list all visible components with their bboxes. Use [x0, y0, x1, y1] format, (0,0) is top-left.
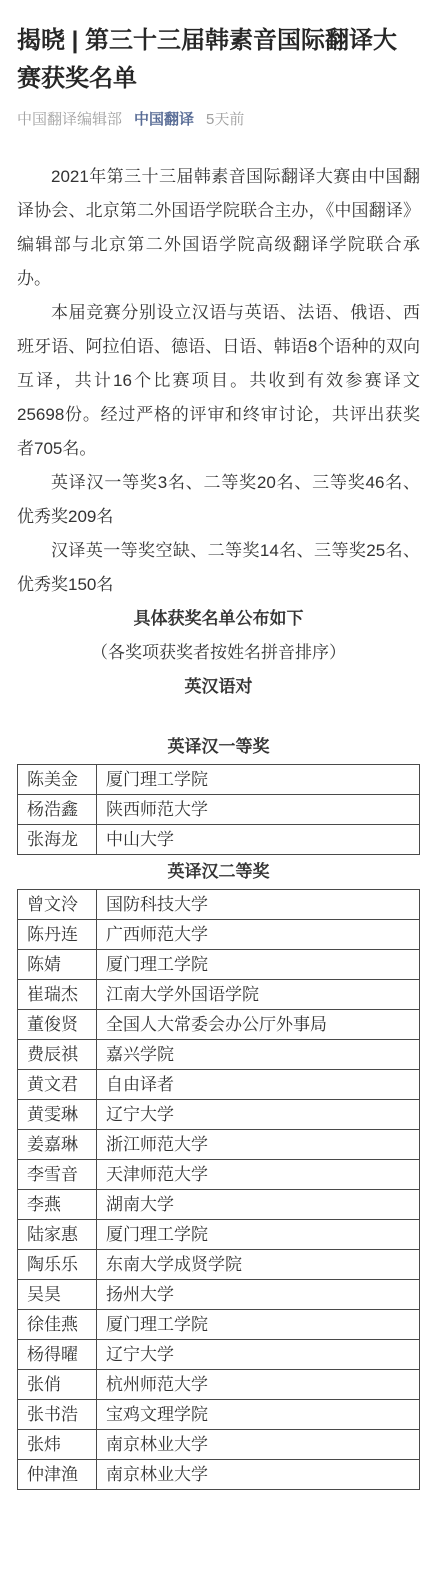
winner-name-cell: 张海龙 — [18, 825, 97, 855]
winner-school-cell: 国防科技大学 — [97, 890, 420, 920]
winner-name-cell: 黄文君 — [18, 1070, 97, 1100]
winner-school-cell: 浙江师范大学 — [97, 1130, 420, 1160]
winner-school-cell: 厦门理工学院 — [97, 1220, 420, 1250]
article-body: 2021年第三十三届韩素音国际翻译大赛由中国翻译协会、北京第二外国语学院联合主办… — [17, 160, 420, 1490]
winner-name-cell: 崔瑞杰 — [18, 980, 97, 1010]
table-row: 陈美金厦门理工学院 — [18, 765, 420, 795]
table-row: 费辰祺嘉兴学院 — [18, 1040, 420, 1070]
table-row: 曾文泠国防科技大学 — [18, 890, 420, 920]
winner-name-cell: 姜嘉琳 — [18, 1130, 97, 1160]
byline: 中国翻译编辑部中国翻译5天前 — [17, 110, 420, 130]
winner-school-cell: 辽宁大学 — [97, 1100, 420, 1130]
winner-school-cell: 湖南大学 — [97, 1190, 420, 1220]
winner-name-cell: 吴昊 — [18, 1280, 97, 1310]
winner-name-cell: 黄雯琳 — [18, 1100, 97, 1130]
winner-school-cell: 广西师范大学 — [97, 920, 420, 950]
byline-editor: 中国翻译编辑部 — [17, 111, 122, 128]
table-row: 张俏杭州师范大学 — [18, 1370, 420, 1400]
byline-timestamp: 5天前 — [206, 111, 244, 128]
winner-name-cell: 陈丹连 — [18, 920, 97, 950]
announce-heading: 具体获奖名单公布如下 — [17, 602, 420, 636]
article-page: 揭晓 | 第三十三届韩素音国际翻译大赛获奖名单 中国翻译编辑部中国翻译5天前 2… — [0, 0, 437, 1500]
byline-account-link[interactable]: 中国翻译 — [134, 111, 194, 128]
winner-name-cell: 张书浩 — [18, 1400, 97, 1430]
table-row: 张炜南京林业大学 — [18, 1430, 420, 1460]
winner-school-cell: 杭州师范大学 — [97, 1370, 420, 1400]
table-row: 徐佳燕厦门理工学院 — [18, 1310, 420, 1340]
section-heading-en-zh-pair: 英汉语对 — [17, 670, 420, 704]
table-row: 杨得曜辽宁大学 — [18, 1340, 420, 1370]
winner-school-cell: 扬州大学 — [97, 1280, 420, 1310]
table-row: 李雪音天津师范大学 — [18, 1160, 420, 1190]
announce-note: （各奖项获奖者按姓名拼音排序） — [17, 636, 420, 670]
winner-school-cell: 南京林业大学 — [97, 1430, 420, 1460]
winner-name-cell: 曾文泠 — [18, 890, 97, 920]
winner-school-cell: 全国人大常委会办公厅外事局 — [97, 1010, 420, 1040]
table-row: 吴昊扬州大学 — [18, 1280, 420, 1310]
winner-school-cell: 嘉兴学院 — [97, 1040, 420, 1070]
winner-school-cell: 宝鸡文理学院 — [97, 1400, 420, 1430]
award-table-heading: 英译汉二等奖 — [17, 855, 420, 889]
winner-school-cell: 陕西师范大学 — [97, 795, 420, 825]
winner-name-cell: 陶乐乐 — [18, 1250, 97, 1280]
table-row: 陆家惠厦门理工学院 — [18, 1220, 420, 1250]
winner-school-cell: 中山大学 — [97, 825, 420, 855]
winner-school-cell: 南京林业大学 — [97, 1460, 420, 1490]
award-table: 陈美金厦门理工学院杨浩鑫陕西师范大学张海龙中山大学 — [17, 764, 420, 855]
winner-school-cell: 辽宁大学 — [97, 1340, 420, 1370]
winner-name-cell: 董俊贤 — [18, 1010, 97, 1040]
winner-name-cell: 费辰祺 — [18, 1040, 97, 1070]
award-table-heading: 英译汉一等奖 — [17, 730, 420, 764]
table-row: 崔瑞杰江南大学外国语学院 — [18, 980, 420, 1010]
winner-school-cell: 厦门理工学院 — [97, 1310, 420, 1340]
paragraph-zh-to-en-awards: 汉译英一等奖空缺、二等奖14名、三等奖25名、优秀奖150名 — [17, 534, 420, 602]
table-row: 黄文君自由译者 — [18, 1070, 420, 1100]
table-row: 张海龙中山大学 — [18, 825, 420, 855]
winner-name-cell: 张炜 — [18, 1430, 97, 1460]
table-row: 张书浩宝鸡文理学院 — [18, 1400, 420, 1430]
table-row: 董俊贤全国人大常委会办公厅外事局 — [18, 1010, 420, 1040]
table-row: 黄雯琳辽宁大学 — [18, 1100, 420, 1130]
winner-school-cell: 东南大学成贤学院 — [97, 1250, 420, 1280]
table-row: 仲津渔南京林业大学 — [18, 1460, 420, 1490]
article-title: 揭晓 | 第三十三届韩素音国际翻译大赛获奖名单 — [17, 22, 420, 98]
table-row: 姜嘉琳浙江师范大学 — [18, 1130, 420, 1160]
table-row: 陈丹连广西师范大学 — [18, 920, 420, 950]
winner-name-cell: 李雪音 — [18, 1160, 97, 1190]
winner-name-cell: 杨浩鑫 — [18, 795, 97, 825]
paragraph-en-to-zh-awards: 英译汉一等奖3名、二等奖20名、三等奖46名、优秀奖209名 — [17, 466, 420, 534]
winner-name-cell: 陈婧 — [18, 950, 97, 980]
winner-school-cell: 厦门理工学院 — [97, 765, 420, 795]
winner-school-cell: 天津师范大学 — [97, 1160, 420, 1190]
award-table: 曾文泠国防科技大学陈丹连广西师范大学陈婧厦门理工学院崔瑞杰江南大学外国语学院董俊… — [17, 889, 420, 1490]
winner-name-cell: 陆家惠 — [18, 1220, 97, 1250]
winner-school-cell: 自由译者 — [97, 1070, 420, 1100]
paragraph-contest-overview: 本届竞赛分别设立汉语与英语、法语、俄语、西班牙语、阿拉伯语、德语、日语、韩语8个… — [17, 296, 420, 466]
winner-name-cell: 杨得曜 — [18, 1340, 97, 1370]
winner-name-cell: 徐佳燕 — [18, 1310, 97, 1340]
winner-school-cell: 江南大学外国语学院 — [97, 980, 420, 1010]
table-row: 杨浩鑫陕西师范大学 — [18, 795, 420, 825]
table-row: 陈婧厦门理工学院 — [18, 950, 420, 980]
table-row: 李燕湖南大学 — [18, 1190, 420, 1220]
winner-name-cell: 仲津渔 — [18, 1460, 97, 1490]
paragraph-hosts: 2021年第三十三届韩素音国际翻译大赛由中国翻译协会、北京第二外国语学院联合主办… — [17, 160, 420, 296]
winner-name-cell: 陈美金 — [18, 765, 97, 795]
award-tables: 英译汉一等奖陈美金厦门理工学院杨浩鑫陕西师范大学张海龙中山大学英译汉二等奖曾文泠… — [17, 730, 420, 1490]
winner-name-cell: 李燕 — [18, 1190, 97, 1220]
winner-school-cell: 厦门理工学院 — [97, 950, 420, 980]
winner-name-cell: 张俏 — [18, 1370, 97, 1400]
table-row: 陶乐乐东南大学成贤学院 — [18, 1250, 420, 1280]
